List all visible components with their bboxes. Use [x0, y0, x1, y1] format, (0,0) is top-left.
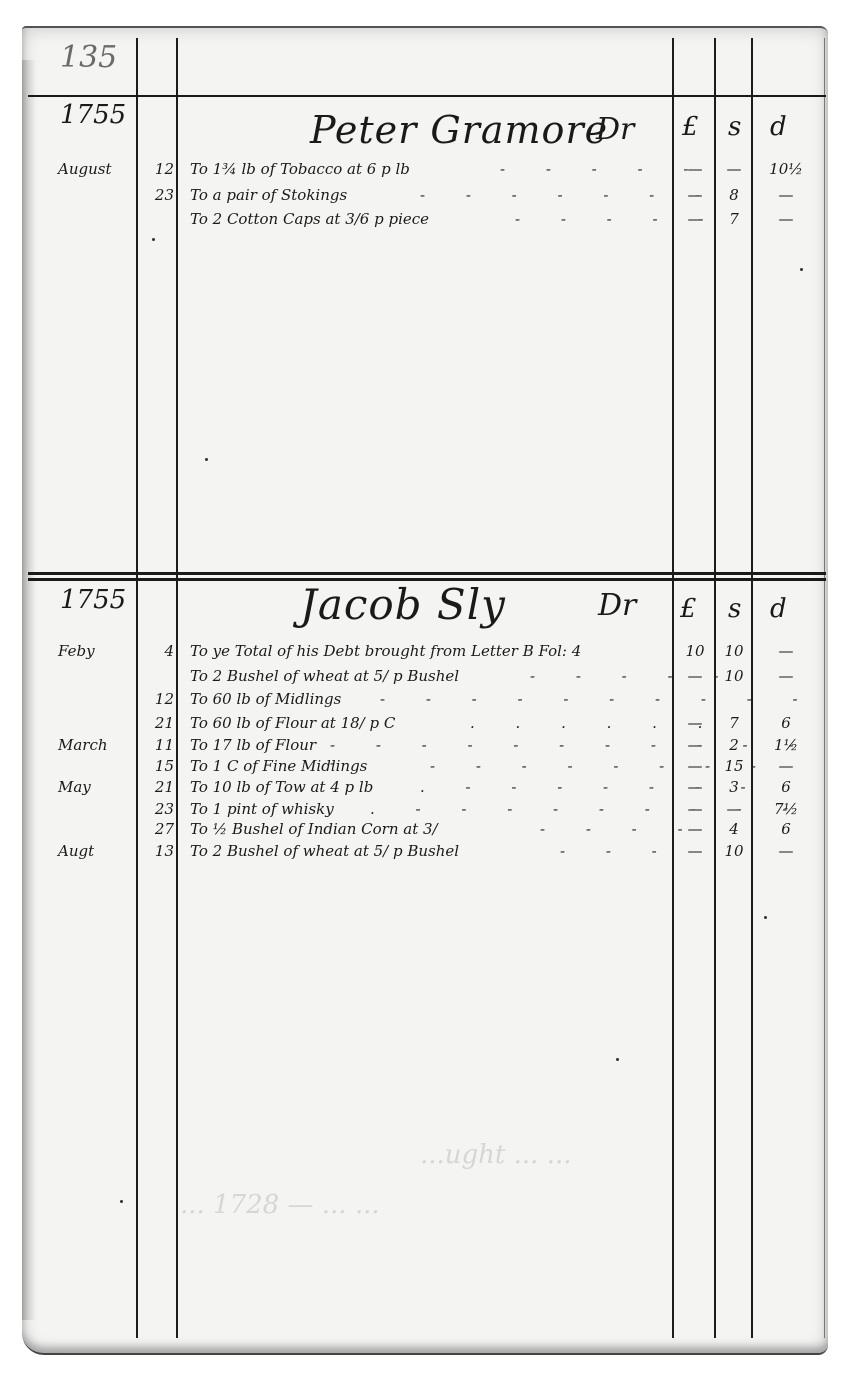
debit-label: Dr: [598, 588, 636, 623]
shillings-header: s: [728, 112, 741, 142]
entry-description: To 1 C of Fine Midlings: [190, 757, 367, 775]
entry-pence: 1½: [756, 736, 816, 754]
ink-speck: [205, 458, 208, 461]
entry-shillings: 2: [717, 736, 751, 754]
shillings-header: s: [728, 594, 741, 624]
entry-pence: 6: [756, 778, 816, 796]
ink-speck: [152, 238, 155, 241]
page-number: 135: [60, 40, 117, 75]
entry-pounds: —: [676, 757, 714, 775]
entry-shillings: 10: [717, 667, 751, 685]
entry-day: 27: [140, 820, 174, 838]
entry-description: To 2 Bushel of wheat at 5/ p Bushel: [190, 667, 459, 685]
ledger-entry: Augt 13 To 2 Bushel of wheat at 5/ p Bus…: [0, 842, 850, 864]
entry-pounds: —: [676, 842, 714, 860]
rule-account-divider: [28, 572, 826, 575]
entry-day: 12: [140, 690, 174, 708]
ink-speck: [616, 1058, 619, 1061]
ledger-entry: March 11 To 17 lb of Flour - - - - - - -…: [0, 736, 850, 758]
entry-month: March: [58, 736, 136, 754]
bleed-through-text: ... 1728 — ... ...: [180, 1190, 380, 1220]
rule-header: [28, 95, 826, 97]
ledger-entry: 23 To 1 pint of whisky . - - - - - - - -…: [0, 800, 850, 822]
leader-dots: - - - - - - -: [420, 186, 718, 204]
entry-description: To ½ Bushel of Indian Corn at 3/: [190, 820, 438, 838]
entry-day: 21: [140, 778, 174, 796]
entry-pounds: 10: [676, 642, 714, 660]
account-year: 1755: [60, 585, 126, 615]
entry-description: To 1 pint of whisky: [190, 800, 334, 818]
ink-speck: [800, 268, 803, 271]
entry-day: 23: [140, 186, 174, 204]
entry-description: To 60 lb of Midlings: [190, 690, 341, 708]
ledger-entry: 12 To 60 lb of Midlings - - - - - - - - …: [0, 690, 850, 712]
entry-pence: —: [756, 186, 816, 204]
entry-pence: —: [756, 210, 816, 228]
leader-dots: - - -: [560, 842, 675, 860]
entry-description: To ye Total of his Debt brought from Let…: [190, 642, 581, 660]
entry-shillings: —: [717, 800, 751, 818]
entry-day: 21: [140, 714, 174, 732]
entry-pence: 10½: [756, 160, 816, 178]
entry-shillings: 3: [717, 778, 751, 796]
pence-header: d: [770, 112, 787, 142]
ledger-entry: Feby 4 To ye Total of his Debt brought f…: [0, 642, 850, 664]
entry-day: 23: [140, 800, 174, 818]
entry-pence: 6: [756, 820, 816, 838]
entry-shillings: 10: [717, 642, 751, 660]
entry-description: To 1¾ lb of Tobacco at 6 p lb: [190, 160, 410, 178]
ledger-entry: 21 To 60 lb of Flour at 18/ p C . . . . …: [0, 714, 850, 736]
entry-day: 11: [140, 736, 174, 754]
entry-month: Feby: [58, 642, 136, 660]
ledger-entry: 23 To a pair of Stokings - - - - - - - —…: [0, 186, 850, 208]
entry-pence: —: [756, 642, 816, 660]
entry-pounds: —: [676, 714, 714, 732]
debit-label: Dr: [596, 112, 634, 147]
entry-shillings: 8: [717, 186, 751, 204]
entry-pence: 6: [756, 714, 816, 732]
entry-day: 12: [140, 160, 174, 178]
entry-description: To 17 lb of Flour: [190, 736, 316, 754]
entry-shillings: 4: [717, 820, 751, 838]
entry-pounds: —: [676, 800, 714, 818]
entry-shillings: 15: [717, 757, 751, 775]
entry-description: To a pair of Stokings: [190, 186, 347, 204]
entry-pounds: —: [676, 160, 714, 178]
entry-pounds: —: [676, 778, 714, 796]
entry-pence: —: [756, 667, 816, 685]
account-name: Jacob Sly: [300, 580, 506, 629]
ledger-entry: May 21 To 10 lb of Tow at 4 p lb . - - -…: [0, 778, 850, 800]
entry-day: 4: [140, 642, 174, 660]
pounds-header: £: [682, 112, 699, 142]
entry-month: August: [58, 160, 136, 178]
entry-day: 15: [140, 757, 174, 775]
entry-pounds: —: [676, 736, 714, 754]
ink-speck: [120, 1200, 123, 1203]
pence-header: d: [770, 594, 787, 624]
entry-pounds: —: [676, 820, 714, 838]
ledger-entry: 15 To 1 C of Fine Midlings - - - - - - -…: [0, 757, 850, 779]
entry-pence: —: [756, 842, 816, 860]
entry-pence: —: [756, 757, 816, 775]
account-year: 1755: [60, 100, 126, 130]
entry-description: To 2 Cotton Caps at 3/6 p piece: [190, 210, 429, 228]
ink-speck: [764, 916, 767, 919]
ledger-entry: To 2 Bushel of wheat at 5/ p Bushel - - …: [0, 667, 850, 689]
entry-shillings: —: [717, 160, 751, 178]
entry-shillings: 10: [717, 842, 751, 860]
entry-month: May: [58, 778, 136, 796]
entry-shillings: 7: [717, 210, 751, 228]
entry-pounds: —: [676, 210, 714, 228]
pounds-header: £: [680, 594, 697, 624]
entry-description: To 2 Bushel of wheat at 5/ p Bushel: [190, 842, 459, 860]
leader-dots: - - - - - - - - - -: [380, 690, 816, 708]
entry-description: To 10 lb of Tow at 4 p lb: [190, 778, 373, 796]
bleed-through-text: ...ught ... ...: [420, 1140, 572, 1170]
entry-pounds: —: [676, 667, 714, 685]
ledger-entry: To 2 Cotton Caps at 3/6 p piece - - - - …: [0, 210, 850, 232]
account-name: Peter Gramore: [310, 108, 608, 152]
entry-description: To 60 lb of Flour at 18/ p C: [190, 714, 395, 732]
entry-pounds: —: [676, 186, 714, 204]
entry-shillings: 7: [717, 714, 751, 732]
entry-month: Augt: [58, 842, 136, 860]
entry-pence: 7½: [756, 800, 816, 818]
ledger-entry: 27 To ½ Bushel of Indian Corn at 3/ - - …: [0, 820, 850, 842]
entry-day: 13: [140, 842, 174, 860]
ledger-entry: August 12 To 1¾ lb of Tobacco at 6 p lb …: [0, 160, 850, 182]
